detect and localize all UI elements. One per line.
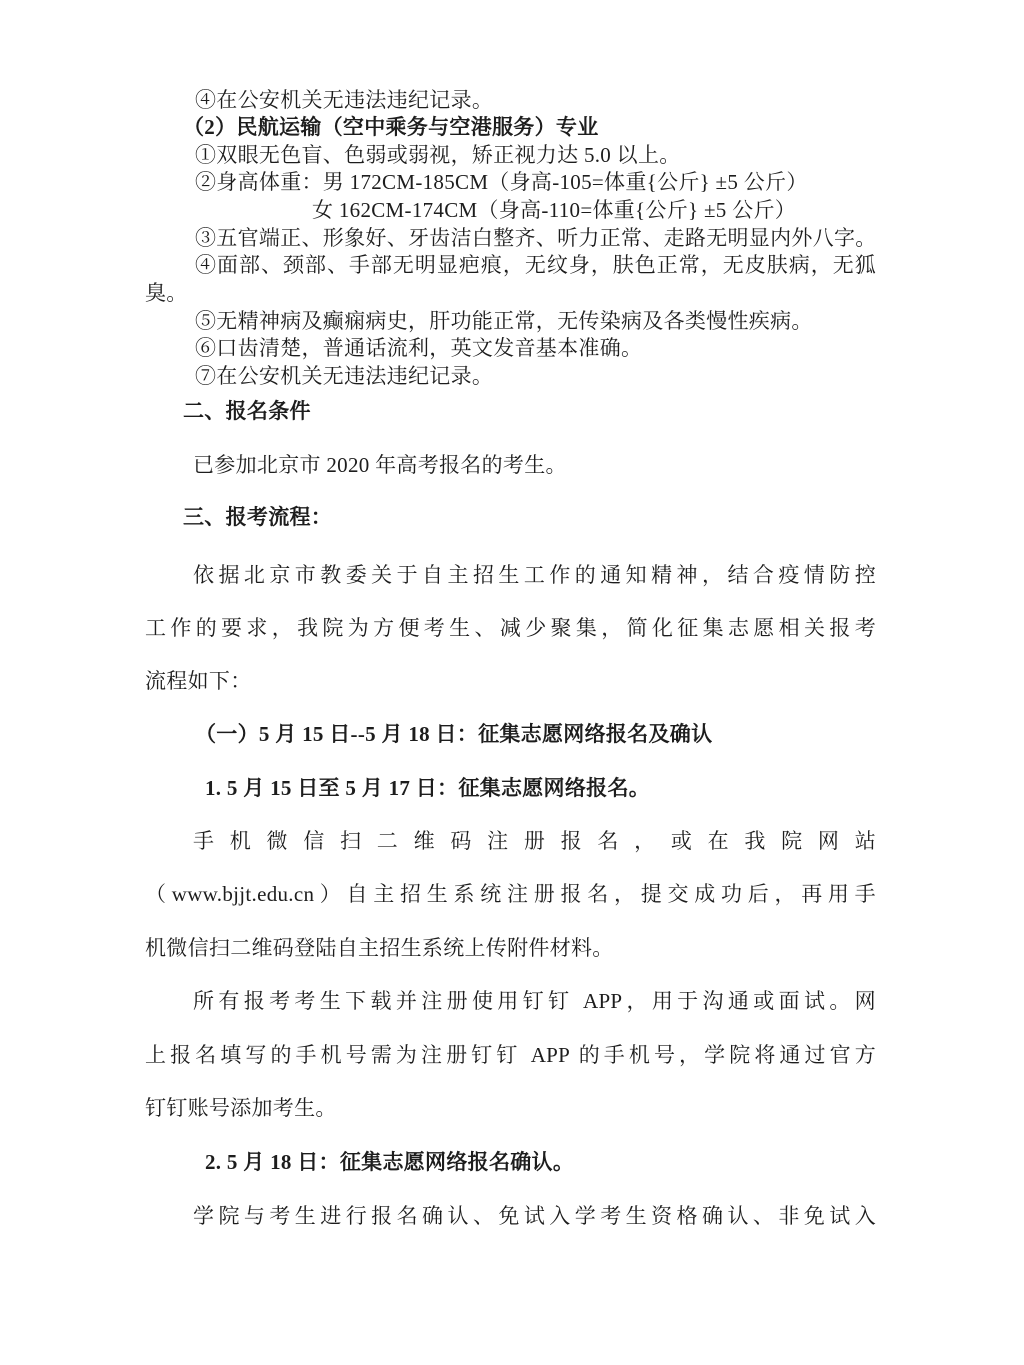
doc-line-speech-req: ⑥口齿清楚，普通话流利，英文发音基本准确。: [145, 336, 876, 360]
section-heading-signup-conditions: 二、报名条件: [145, 399, 876, 423]
doc-line-dingtalk-2: 上报名填写的手机号需为注册钉钉 APP 的手机号，学院将通过官方: [145, 1043, 876, 1067]
doc-line-height-weight-female: 女 162CM-174CM（身高-110=体重{公斤} ±5 公斤）: [145, 198, 876, 222]
doc-line-appearance-req: ③五官端正、形象好、牙齿洁白整齐、听力正常、走路无明显内外八字。: [145, 226, 876, 250]
step-heading-2: 2. 5 月 18 日：征集志愿网络报名确认。: [145, 1150, 876, 1174]
doc-line-wechat-signup: 手机微信扫二维码注册报名，或在我院网站: [145, 829, 876, 853]
doc-line-signup-condition: 已参加北京市 2020 年高考报名的考生。: [145, 453, 876, 477]
step-heading-1: 1. 5 月 15 日至 5 月 17 日：征集志愿网络报名。: [145, 776, 876, 800]
doc-line-health-req: ⑤无精神病及癫痫病史，肝功能正常，无传染病及各类慢性疾病。: [145, 309, 876, 333]
doc-line-skin-req-wrap: 臭。: [145, 281, 876, 305]
doc-line-confirmation: 学院与考生进行报名确认、免试入学考生资格确认、非免试入: [145, 1204, 876, 1228]
document-page: ④在公安机关无违法违纪记录。 （2）民航运输（空中乘务与空港服务）专业 ①双眼无…: [0, 0, 1024, 1365]
doc-line-intro-2: 工作的要求，我院为方便考生、减少聚集，简化征集志愿相关报考: [145, 616, 876, 640]
doc-line-vision-req: ①双眼无色盲、色弱或弱视，矫正视力达 5.0 以上。: [145, 143, 876, 167]
doc-line-dingtalk-3: 钉钉账号添加考生。: [145, 1096, 876, 1120]
subsection-heading-civil-aviation: （2）民航运输（空中乘务与空港服务）专业: [145, 115, 876, 139]
doc-line-upload-materials: 机微信扫二维码登陆自主招生系统上传附件材料。: [145, 936, 876, 960]
doc-line-skin-req: ④面部、颈部、手部无明显疤痕，无纹身，肤色正常，无皮肤病，无狐: [145, 253, 876, 277]
doc-line-dingtalk-1: 所有报考考生下载并注册使用钉钉 APP，用于沟通或面试。网: [145, 989, 876, 1013]
doc-line-record-check-prev: ④在公安机关无违法违纪记录。: [145, 88, 876, 112]
doc-line-website-signup: （www.bjjt.edu.cn）自主招生系统注册报名，提交成功后，再用手: [145, 882, 876, 906]
doc-line-intro-3: 流程如下：: [145, 669, 876, 693]
doc-line-record-check: ⑦在公安机关无违法违纪记录。: [145, 364, 876, 388]
doc-line-height-weight-male: ②身高体重：男 172CM-185CM（身高-105=体重{公斤} ±5 公斤）: [145, 170, 876, 194]
doc-line-intro-1: 依据北京市教委关于自主招生工作的通知精神，结合疫情防控: [145, 563, 876, 587]
section-heading-application-flow: 三、报考流程：: [145, 505, 876, 529]
subsection-heading-phase-1: （一）5 月 15 日--5 月 18 日：征集志愿网络报名及确认: [145, 722, 876, 746]
